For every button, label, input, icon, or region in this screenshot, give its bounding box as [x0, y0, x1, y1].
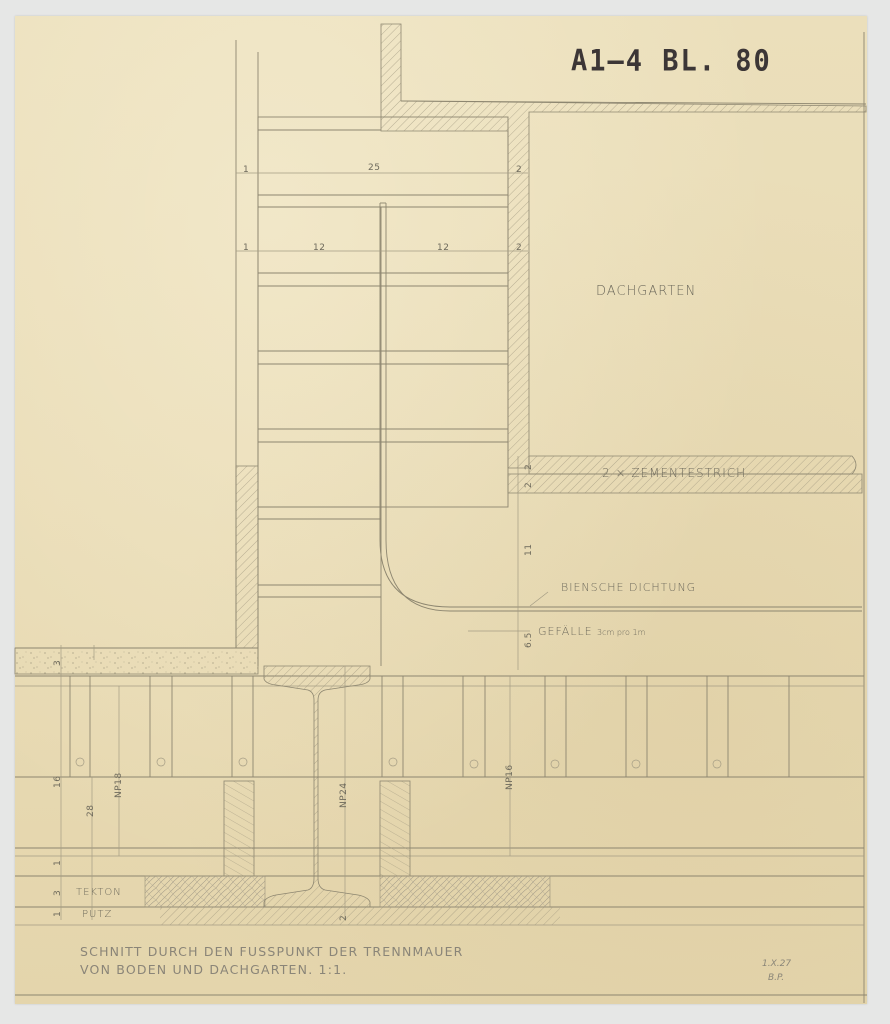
dim-beam-np16: NP16 [505, 764, 515, 790]
label-slope-value: 3cm pro 1m [597, 628, 645, 637]
title-line-1: SCHNITT DURCH DEN FUSSPUNKT DER TRENNMAU… [80, 943, 464, 961]
dim-top-span: 25 [368, 163, 380, 173]
dimension-lines [236, 173, 548, 670]
dim-screed-2: 2 [524, 482, 534, 488]
signature-initials: B.P. [762, 971, 791, 985]
left-wall-hatch [236, 466, 258, 648]
dim-top-left-wall: 1 [243, 165, 249, 175]
i-beam [264, 666, 370, 907]
putz-layer [160, 907, 560, 925]
dim-mid-right-span: 12 [437, 243, 449, 253]
label-waterproofing: BIENSCHE DICHTUNG [561, 581, 696, 594]
signature-date: 1.X.27 [762, 957, 791, 971]
label-slope-text: GEFÄLLE [538, 625, 593, 638]
dim-total-depth: 28 [86, 805, 96, 817]
dim-joist-depth: 16 [53, 776, 63, 788]
label-slope: GEFÄLLE 3cm pro 1m [538, 625, 645, 638]
label-putz: PUTZ [82, 909, 112, 920]
label-roof-garden: DACHGARTEN [596, 284, 696, 299]
tekton-layer-left [145, 876, 265, 907]
dim-mid-left-span: 12 [313, 243, 325, 253]
dim-mid-right-wall: 2 [516, 243, 522, 253]
waterproofing-membrane [380, 203, 862, 611]
dim-top-right-wall: 2 [516, 165, 522, 175]
dim-screed-to-seal: 11 [524, 544, 534, 556]
dim-beam-bottom: 2 [339, 915, 349, 921]
dim-putz-layer: 1 [53, 911, 63, 917]
dim-mid-left-wall: 1 [243, 243, 249, 253]
wood-block-right [380, 781, 410, 876]
reference-stamp: A1—4 BL. 80 [571, 45, 772, 78]
dim-concrete-layer: 3 [53, 660, 63, 666]
drawing-title: SCHNITT DURCH DEN FUSSPUNKT DER TRENNMAU… [80, 943, 464, 979]
concrete-layer [15, 648, 258, 674]
dim-beam-np24: NP24 [339, 782, 349, 808]
dim-screed-1: 2 [524, 464, 534, 470]
tekton-layer-right [380, 876, 550, 907]
wood-block-left [224, 781, 254, 876]
label-tekton: TEKTON [76, 887, 122, 898]
upper-wall-hatch [381, 24, 866, 468]
title-line-2: VON BODEN UND DACHGARTEN. 1:1. [80, 961, 464, 979]
dim-beam-np18: NP18 [114, 772, 124, 798]
dim-seal-to-slab: 6.5 [524, 632, 534, 648]
dim-tekton-layer-1: 1 [53, 860, 63, 866]
brick-courses [258, 117, 508, 666]
label-cement-screed: 2 × ZEMENTESTRICH [602, 466, 746, 480]
dim-tekton-thickness: 3 [53, 890, 63, 896]
section-drawing [0, 0, 890, 1024]
signature: 1.X.27 B.P. [762, 957, 791, 985]
